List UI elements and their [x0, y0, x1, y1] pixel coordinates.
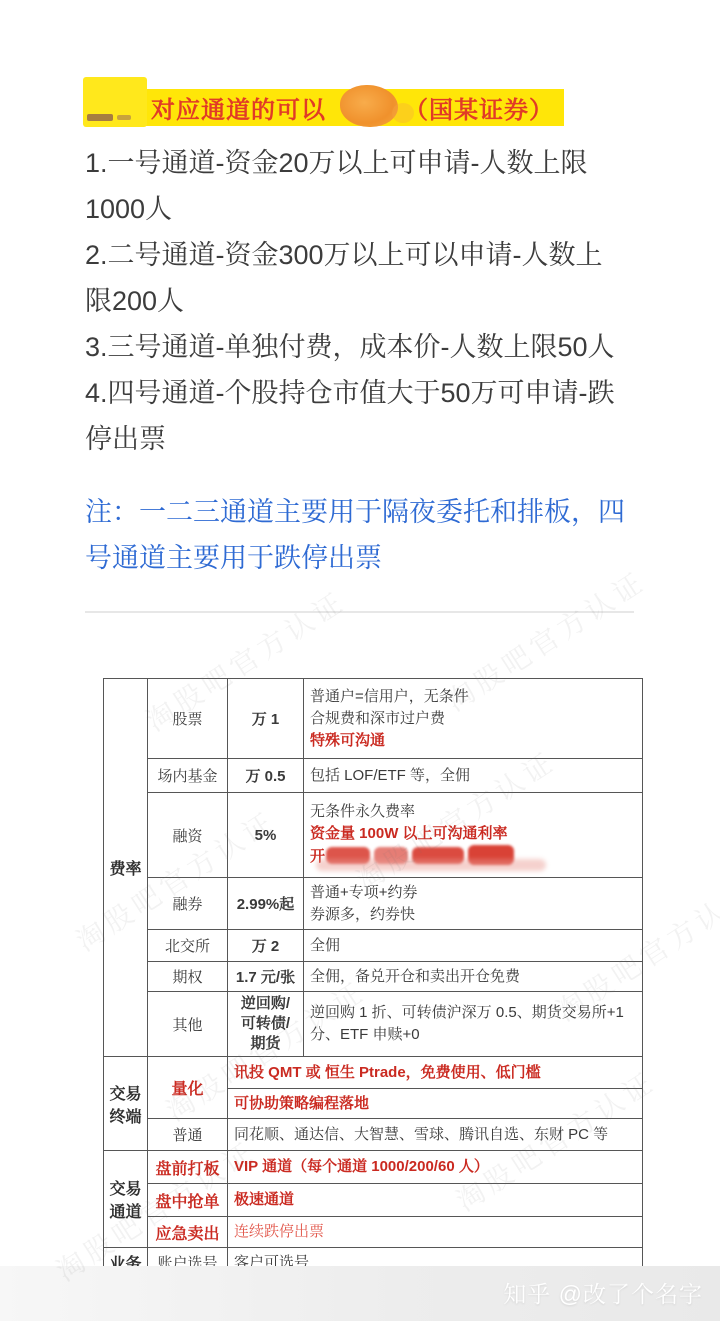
redacted-scribble-line: 开	[310, 845, 636, 869]
terminal-label-quant: 量化	[148, 1057, 228, 1119]
fee-desc-other: 逆回购 1 折、可转债沪深万 0.5、期货交易所+1 分、ETF 申赎+0	[304, 992, 643, 1057]
fee-desc-margin: 无条件永久费率 资金量 100W 以上可沟通利率 开	[304, 793, 643, 878]
table-row: 盘中抢单 极速通道	[104, 1184, 643, 1217]
fee-value-option: 1.7 元/张	[228, 962, 304, 992]
desc-line: 无条件永久费率	[310, 801, 636, 823]
fee-label-margin: 融资	[148, 793, 228, 878]
channel-line: 限200人	[85, 278, 645, 324]
fee-desc-stock: 普通户=信用户，无条件 合规费和深市过户费 特殊可沟通	[304, 679, 643, 759]
fee-value-bse: 万 2	[228, 930, 304, 962]
fee-label-other: 其他	[148, 992, 228, 1057]
table-row: 场内基金 万 0.5 包括 LOF/ETF 等，全佣	[104, 759, 643, 793]
desc-line: 券源多，约券快	[310, 904, 636, 926]
channel-label-intraday: 盘中抢单	[148, 1184, 228, 1217]
fee-desc-fund: 包括 LOF/ETF 等，全佣	[304, 759, 643, 793]
fee-desc-bse: 全佣	[304, 930, 643, 962]
fee-value-other: 逆回购/可转债/期货	[228, 992, 304, 1057]
fee-value-margin: 5%	[228, 793, 304, 878]
table-row: 交易通道 盘前打板 VIP 通道（每个通道 1000/200/60 人）	[104, 1151, 643, 1184]
fee-desc-short: 普通+专项+约券 券源多，约券快	[304, 878, 643, 930]
broker-fee-table: 费率 股票 万 1 普通户=信用户，无条件 合规费和深市过户费 特殊可沟通 场内…	[103, 678, 643, 1278]
table-row: 其他 逆回购/可转债/期货 逆回购 1 折、可转债沪深万 0.5、期货交易所+1…	[104, 992, 643, 1057]
channel-label-emergency: 应急卖出	[148, 1217, 228, 1248]
desc-line: 普通户=信用户，无条件	[310, 686, 636, 708]
fee-value-fund: 万 0.5	[228, 759, 304, 793]
terminal-label-normal: 普通	[148, 1119, 228, 1151]
note-line: 号通道主要用于跌停出票	[85, 535, 655, 581]
channel-desc-preopen: VIP 通道（每个通道 1000/200/60 人）	[228, 1151, 643, 1184]
section-label-terminal: 交易终端	[104, 1057, 148, 1151]
channel-line: 1000人	[85, 186, 645, 232]
table-row: 融券 2.99%起 普通+专项+约券 券源多，约券快	[104, 878, 643, 930]
desc-line: 合规费和深市过户费	[310, 708, 636, 730]
red-scribble-smear	[316, 859, 546, 871]
channel-line: 1.一号通道-资金20万以上可申请-人数上限	[85, 140, 645, 186]
channel-line: 停出票	[85, 416, 645, 462]
fee-label-bse: 北交所	[148, 930, 228, 962]
table-row: 期权 1.7 元/张 全佣，备兑开仓和卖出开仓免费	[104, 962, 643, 992]
covered-text-remnant	[87, 114, 113, 121]
title-main-text: 对应通道的可以	[151, 90, 326, 125]
channel-desc-intraday: 极速通道	[228, 1184, 643, 1217]
channel-line: 3.三号通道-单独付费，成本价-人数上限50人	[85, 324, 645, 370]
terminal-normal-desc: 同花顺、通达信、大智慧、雪球、腾讯自选、东财 PC 等	[228, 1119, 643, 1151]
note-line: 注：一二三通道主要用于隔夜委托和排板，四	[85, 489, 655, 535]
desc-line: 普通+专项+约券	[310, 882, 636, 904]
zhihu-credit-watermark: 知乎 @改了个名字	[503, 1276, 703, 1309]
channel-desc-emergency: 连续跌停出票	[228, 1217, 643, 1248]
fee-desc-option: 全佣，备兑开仓和卖出开仓免费	[304, 962, 643, 992]
table-row: 费率 股票 万 1 普通户=信用户，无条件 合规费和深市过户费 特殊可沟通	[104, 679, 643, 759]
section-label-fee: 费率	[104, 679, 148, 1057]
zhihu-image-post: 对应通道的可以 （国某证券） 1.一号通道-资金20万以上可申请-人数上限 10…	[0, 0, 720, 1321]
title-redaction-patch	[83, 77, 147, 127]
channel-line: 4.四号通道-个股持仓市值大于50万可申请-跌	[85, 370, 645, 416]
note-text: 注：一二三通道主要用于隔夜委托和排板，四 号通道主要用于跌停出票	[85, 489, 655, 581]
channel-line: 2.二号通道-资金300万以上可以申请-人数上	[85, 232, 645, 278]
fee-label-option: 期权	[148, 962, 228, 992]
section-divider	[85, 611, 634, 613]
fee-label-fund: 场内基金	[148, 759, 228, 793]
channel-label-preopen: 盘前打板	[148, 1151, 228, 1184]
section-label-channel: 交易通道	[104, 1151, 148, 1248]
terminal-quant-line2: 可协助策略编程落地	[228, 1089, 643, 1119]
desc-line-red: 资金量 100W 以上可沟通利率	[310, 823, 636, 845]
table-row: 融资 5% 无条件永久费率 资金量 100W 以上可沟通利率 开	[104, 793, 643, 878]
table-row: 北交所 万 2 全佣	[104, 930, 643, 962]
title-redaction-blob	[340, 85, 398, 127]
covered-text-remnant	[117, 115, 131, 120]
title-suffix-text: （国某证券）	[404, 90, 554, 125]
table-row: 普通 同花顺、通达信、大智慧、雪球、腾讯自选、东财 PC 等	[104, 1119, 643, 1151]
desc-line-red: 特殊可沟通	[310, 730, 636, 752]
highlight-title-bar: 对应通道的可以 （国某证券）	[85, 89, 564, 126]
fee-value-stock: 万 1	[228, 679, 304, 759]
fee-label-stock: 股票	[148, 679, 228, 759]
table-row: 应急卖出 连续跌停出票	[104, 1217, 643, 1248]
fee-value-short: 2.99%起	[228, 878, 304, 930]
terminal-quant-line1: 讯投 QMT 或 恒生 Ptrade，免费使用、低门槛	[228, 1057, 643, 1089]
channel-list: 1.一号通道-资金20万以上可申请-人数上限 1000人 2.二号通道-资金30…	[85, 140, 645, 462]
fee-label-short: 融券	[148, 878, 228, 930]
table-row: 交易终端 量化 讯投 QMT 或 恒生 Ptrade，免费使用、低门槛	[104, 1057, 643, 1089]
